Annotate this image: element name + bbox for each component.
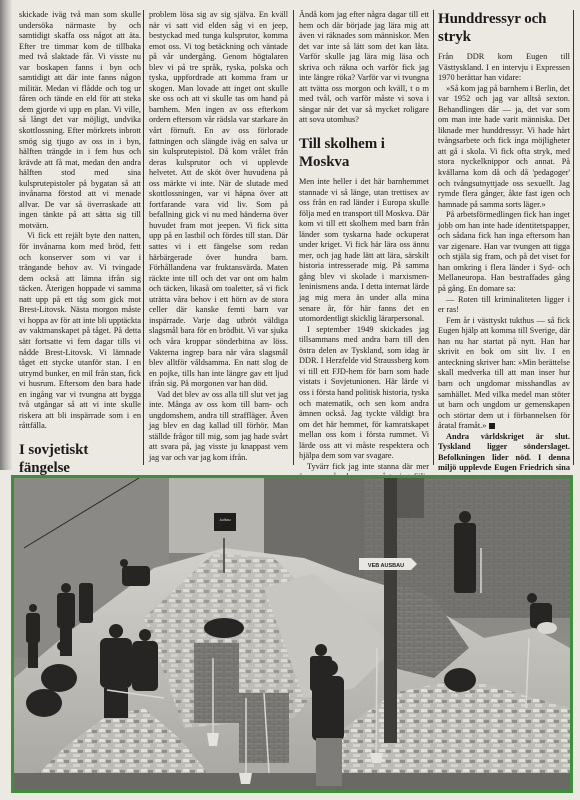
article-column-3: Ändå kom jag efter några dagar till ett … [299, 10, 429, 493]
section-heading: I sovjetiskt fängelse [19, 441, 141, 477]
paragraph: Vi fick ett rejält byte den natten, för … [19, 231, 141, 431]
paragraph: I september 1949 skickades jag tillsamma… [299, 325, 429, 462]
rubble-clearing-photo: Aufbau VEB AUSBAU [11, 475, 573, 793]
article-text: skickade iväg två man som skulle undersö… [0, 0, 580, 470]
section-heading: Till skolhem i Moskva [299, 135, 429, 171]
column-rule [433, 10, 434, 465]
article-column-2: problem lösa sig av sig själva. En kväll… [149, 10, 288, 464]
column-rule [293, 10, 294, 465]
paragraph: Från DDR kom Eugen till Västtyskland. I … [438, 52, 570, 84]
section-heading: Hunddressyr och stryk [438, 10, 570, 46]
paragraph: — Roten till kriminaliteten ligger i er … [438, 295, 570, 316]
svg-text:Aufbau: Aufbau [219, 518, 230, 522]
paragraph: »Så kom jag på barnhem i Berlin, det var… [438, 84, 570, 211]
paragraph: skickade iväg två man som skulle undersö… [19, 10, 141, 231]
paragraph: Ändå kom jag efter några dagar till ett … [299, 10, 429, 126]
paragraph-text: Fem år i västtyskt tukthus — så fick Eug… [438, 316, 570, 430]
column-rule [573, 10, 574, 465]
paragraph: Men inte heller i det här barnhemmet sta… [299, 177, 429, 325]
paragraph: På arbetsförmedlingen fick han inget job… [438, 210, 570, 294]
aufbau-sign [214, 513, 236, 531]
end-of-article-mark-icon [489, 423, 495, 429]
paragraph: Vad det blev av oss alla till slut vet j… [149, 390, 288, 464]
photo-image: Aufbau VEB AUSBAU [14, 478, 570, 790]
paragraph: Fem år i västtyskt tukthus — så fick Eug… [438, 316, 570, 432]
svg-text:VEB AUSBAU: VEB AUSBAU [368, 563, 404, 569]
paragraph: problem lösa sig av sig själva. En kväll… [149, 10, 288, 390]
column-rule [143, 10, 144, 465]
article-column-4: Hunddressyr och stryk Från DDR kom Eugen… [438, 10, 570, 495]
